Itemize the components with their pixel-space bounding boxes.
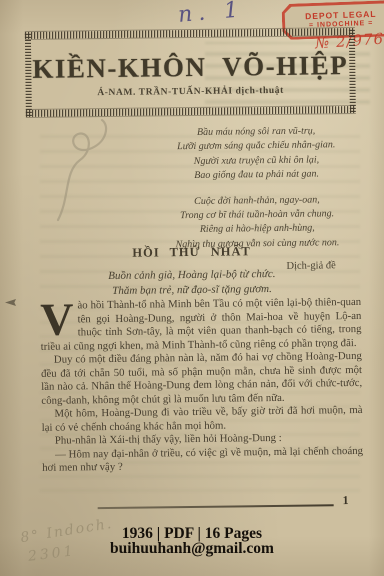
book-page: n. 1 DEPOT LEGAL = INDOCHINE = № 2/976 K…	[0, 0, 384, 576]
paragraph: Duy có một điều đáng phàn nàn là, năm đó…	[41, 350, 363, 408]
paragraph-text: ào hồi Thành-tổ nhà Minh bên Tầu có một …	[41, 296, 362, 352]
title-border-bottom	[26, 106, 356, 117]
caption-line1: 1936 | PDF | 16 Pages	[0, 526, 384, 541]
footer-rule	[98, 504, 334, 509]
book-title: KIỀN-KHÔN VÕ-HIỆP	[25, 50, 355, 85]
title-border-top	[25, 28, 355, 39]
caption-line2: buihuuhanh@gmail.com	[0, 541, 384, 556]
title-box: KIỀN-KHÔN VÕ-HIỆP Á-NAM. TRẦN-TUẤN-KHẢI …	[25, 28, 356, 117]
page-number: 1	[343, 493, 349, 508]
paragraph: Một hôm, Hoàng-Dung đi vào triều về, bấy…	[41, 404, 362, 435]
digital-caption: 1936 | PDF | 16 Pages buihuuhanh@gmail.c…	[0, 526, 384, 556]
paragraph: Vào hồi Thành-tổ nhà Minh bên Tầu có một…	[40, 296, 362, 354]
poem-line: Bao giống đau ta phải nát gan.	[137, 167, 377, 184]
paragraph: — Hôm nay đại-nhân ở triều, có việc gì v…	[42, 444, 363, 475]
body-text: Vào hồi Thành-tổ nhà Minh bên Tầu có một…	[40, 296, 363, 475]
scanned-text-block: KIỀN-KHÔN VÕ-HIỆP Á-NAM. TRẦN-TUẤN-KHẢI …	[0, 0, 384, 576]
translator-byline: Á-NAM. TRẦN-TUẤN-KHẢI dịch-thuật	[26, 85, 356, 99]
drop-cap: V	[40, 299, 78, 338]
